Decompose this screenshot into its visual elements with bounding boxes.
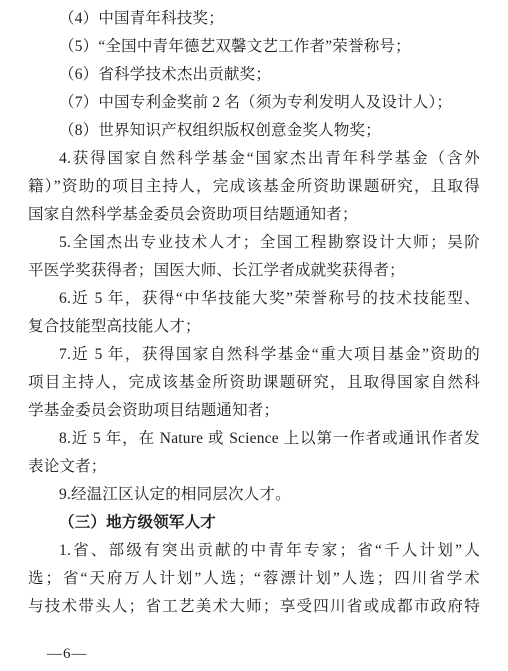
text-line: （6）省科学技术杰出贡献奖； bbox=[28, 61, 480, 89]
text-line: 9.经温江区认定的相同层次人才。 bbox=[28, 481, 480, 509]
section-heading: （三）地方级领军人才 bbox=[28, 509, 480, 537]
text-line: 国家自然科学基金委员会资助项目结题通知者； bbox=[28, 201, 480, 229]
document-page: （4）中国青年科技奖；（5）“全国中青年德艺双馨文艺工作者”荣誉称号；（6）省科… bbox=[0, 0, 508, 671]
text-line: 7.近 5 年，获得国家自然科学基金“重大项目基金”资助的 bbox=[28, 341, 480, 369]
text-line: 4.获得国家自然科学基金“国家杰出青年科学基金（含外 bbox=[28, 145, 480, 173]
text-line: （5）“全国中青年德艺双馨文艺工作者”荣誉称号； bbox=[28, 33, 480, 61]
page-number: —6— bbox=[47, 646, 88, 663]
text-line: 1.省、部级有突出贡献的中青年专家；省“千人计划”人 bbox=[28, 537, 480, 565]
text-line: 项目主持人，完成该基金所资助课题研究，且取得国家自然科 bbox=[28, 369, 480, 397]
text-line: 复合技能型高技能人才； bbox=[28, 313, 480, 341]
text-line: 与技术带头人；省工艺美术大师；享受四川省或成都市政府特 bbox=[28, 593, 480, 621]
text-line: 5.全国杰出专业技术人才；全国工程勘察设计大师；吴阶 bbox=[28, 229, 480, 257]
text-line: （8）世界知识产权组织版权创意金奖人物奖； bbox=[28, 117, 480, 145]
text-line: 6.近 5 年，获得“中华技能大奖”荣誉称号的技术技能型、 bbox=[28, 285, 480, 313]
text-line: 学基金委员会资助项目结题通知者； bbox=[28, 397, 480, 425]
text-line: 8.近 5 年，在 Nature 或 Science 上以第一作者或通讯作者发 bbox=[28, 425, 480, 453]
document-body: （4）中国青年科技奖；（5）“全国中青年德艺双馨文艺工作者”荣誉称号；（6）省科… bbox=[28, 5, 480, 621]
text-line: 籍）”资助的项目主持人，完成该基金所资助课题研究，且取得 bbox=[28, 173, 480, 201]
text-line: （7）中国专利金奖前 2 名（须为专利发明人及设计人）； bbox=[28, 89, 480, 117]
text-line: 表论文者； bbox=[28, 453, 480, 481]
text-line: 选；省“天府万人计划”人选；“蓉漂计划”人选；四川省学术 bbox=[28, 565, 480, 593]
text-line: （4）中国青年科技奖； bbox=[28, 5, 480, 33]
text-line: 平医学奖获得者；国医大师、长江学者成就奖获得者； bbox=[28, 257, 480, 285]
